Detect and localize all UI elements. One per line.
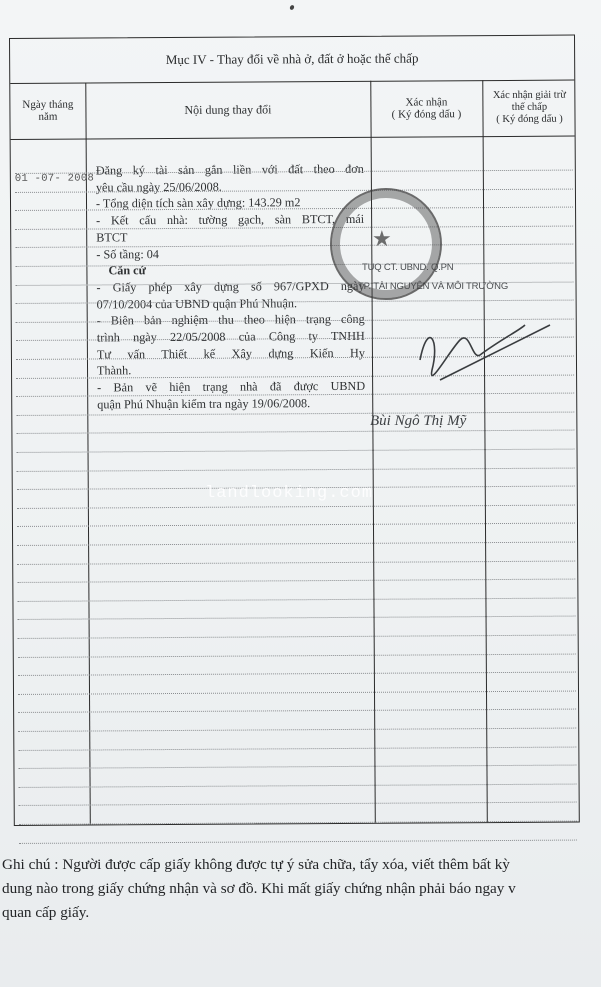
ruling-line [18,765,576,769]
ruling-line [19,783,577,787]
content-line: trình ngày 22/05/2008 của Công ty TNHH [97,328,365,346]
header-mortgage-release: Xác nhận giải trừ thế chấp ( Ký đóng dấu… [482,80,576,137]
ruling-line [19,802,577,806]
watermark: landlooking.com [205,484,373,503]
footnote-line: quan cấp giấy. [2,901,601,925]
section-title: Mục IV - Thay đổi về nhà ở, đất ở hoặc t… [10,36,574,84]
ruling-line [17,542,575,546]
ruling-line [17,523,575,527]
footnote-line: dung nào trong giấy chứng nhận và sơ đồ.… [2,877,601,901]
ruling-line [16,430,574,434]
ruling-line [19,839,577,843]
ruling-line [18,709,576,713]
ruling-line [17,504,575,508]
entry-date: 01 -07- 2008 [15,172,94,184]
ruling-line [18,653,576,657]
ruling-line [18,616,576,620]
header-content: Nội dung thay đổi [85,81,370,139]
content-line: BTCT [96,228,364,246]
ruling-line [17,560,575,564]
footnote: Ghi chú : Người được cấp giấy không được… [2,853,601,925]
signature [380,300,560,420]
footnote-line: Ghi chú : Người được cấp giấy không được… [2,853,601,877]
change-record-table: Mục IV - Thay đổi về nhà ở, đất ở hoặc t… [9,35,580,826]
ruling-line [18,635,576,639]
ruling-line [19,821,577,825]
content-line: quận Phú Nhuận kiểm tra ngày 19/06/2008. [97,395,365,413]
content-line: yêu cầu ngày 25/06/2008. [96,178,364,196]
table-header: Ngày tháng năm Nội dung thay đổi Xác nhậ… [10,80,574,140]
ruling-line [18,690,576,694]
ruling-line [18,728,576,732]
content-line: 07/10/2004 của UBND quận Phú Nhuận. [97,294,365,312]
ruling-line [17,467,575,471]
content-line: Tư vấn Thiết kế Xây dựng Kiến Hy [97,345,365,363]
ruling-line [17,579,575,583]
ruling-line [17,449,575,453]
header-confirmation: Xác nhận ( Ký đóng dấu ) [370,80,482,137]
ruling-line [17,597,575,601]
header-date: Ngày tháng năm [10,83,85,139]
content-line: Đăng ký tài sản gắn liền với đất theo đơ… [96,161,364,179]
ruling-line [18,746,576,750]
signer-name: Bùi Ngô Thị Mỹ [370,413,466,430]
paper-speck [289,4,295,10]
content-line: - Giấy phép xây dựng số 967/GPXD ngày [96,278,364,296]
table-body: 01 -07- 2008 Đăng ký tài sản gắn liền vớ… [11,136,579,825]
ruling-line [18,672,576,676]
seal-star-icon: ★ [372,226,392,252]
